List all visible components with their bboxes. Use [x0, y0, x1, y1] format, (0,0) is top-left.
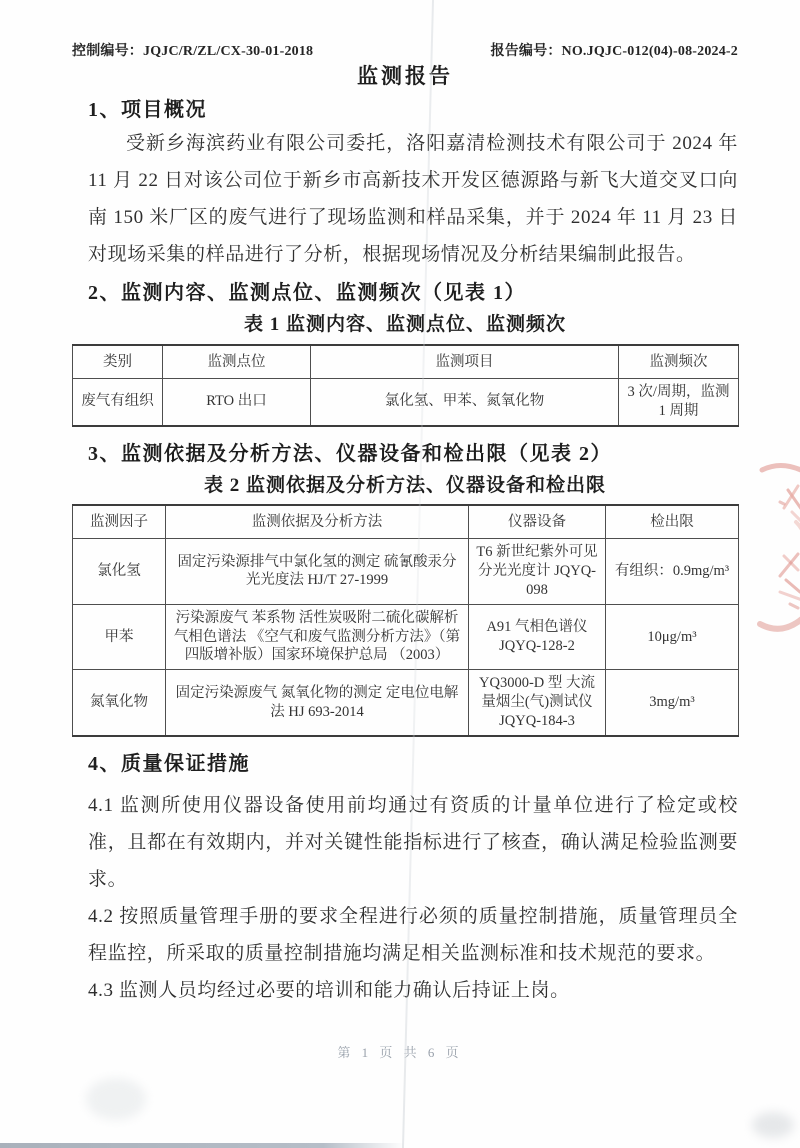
table1: 类别 监测点位 监测项目 监测频次 废气有组织 RTO 出口 氯化氢、甲苯、氮氧… [72, 344, 739, 427]
scan-edge-shadow [0, 1143, 404, 1148]
scan-smudge [752, 1112, 794, 1138]
table1-row: 废气有组织 RTO 出口 氯化氢、甲苯、氮氧化物 3 次/周期，监测 1 周期 [73, 378, 739, 425]
table2-caption: 表 2 监测依据及分析方法、仪器设备和检出限 [72, 473, 738, 500]
document-title: 监测报告 [72, 62, 738, 90]
table1-caption: 表 1 监测内容、监测点位、监测频次 [72, 312, 738, 339]
table2-cell: 固定污染源废气 氮氧化物的测定 定电位电解法 HJ 693-2014 [166, 670, 469, 736]
table1-cell: RTO 出口 [163, 378, 311, 425]
table2-cell: A91 气相色谱仪 JQYQ-128-2 [469, 604, 606, 670]
table2-row: 氮氧化物 固定污染源废气 氮氧化物的测定 定电位电解法 HJ 693-2014 … [73, 670, 739, 736]
qa-measure-item: 4.3 监测人员均经过必要的培训和能力确认后持证上岗。 [88, 972, 738, 1009]
table2-cell: 固定污染源排气中氯化氢的测定 硫氰酸汞分光光度法 HJ/T 27-1999 [166, 539, 469, 605]
red-seal-fragment-icon [756, 458, 800, 540]
table2-cell: 氯化氢 [73, 539, 166, 605]
table1-header: 监测点位 [163, 345, 311, 379]
section3-heading: 3、监测依据及分析方法、仪器设备和检出限（见表 2） [88, 439, 738, 469]
table1-header: 监测频次 [619, 345, 739, 379]
table2-cell: 污染源废气 苯系物 活性炭吸附二硫化碳解析气相色谱法 《空气和废气监测分析方法》… [166, 604, 469, 670]
table2-cell: 甲苯 [73, 604, 166, 670]
table2-header: 仪器设备 [469, 505, 606, 539]
red-seal-fragment-icon [752, 548, 800, 634]
page-content: 控制编号：JQJC/R/ZL/CX-30-01-2018 报告编号：NO.JQJ… [72, 40, 738, 1009]
table2-cell: 10μg/m³ [606, 604, 739, 670]
table2-header: 监测依据及分析方法 [166, 505, 469, 539]
table1-cell: 氯化氢、甲苯、氮氧化物 [311, 378, 619, 425]
table2-cell: 有组织：0.9mg/m³ [606, 539, 739, 605]
table2-header: 监测因子 [73, 505, 166, 539]
table2-header: 检出限 [606, 505, 739, 539]
qa-measure-item: 4.1 监测所使用仪器设备使用前均通过有资质的计量单位进行了检定或校准，且都在有… [88, 787, 738, 898]
table2: 监测因子 监测依据及分析方法 仪器设备 检出限 氯化氢 固定污染源排气中氯化氢的… [72, 504, 739, 737]
control-number: 控制编号：JQJC/R/ZL/CX-30-01-2018 [72, 40, 313, 60]
table1-header: 类别 [73, 345, 163, 379]
page-number: 第 1 页 共 6 页 [0, 1042, 800, 1061]
scan-smudge [86, 1078, 146, 1120]
table1-header-row: 类别 监测点位 监测项目 监测频次 [73, 345, 739, 379]
document-header: 控制编号：JQJC/R/ZL/CX-30-01-2018 报告编号：NO.JQJ… [72, 40, 738, 60]
table2-cell: T6 新世纪紫外可见分光光度计 JQYQ-098 [469, 539, 606, 605]
section1-paragraph: 受新乡海滨药业有限公司委托，洛阳嘉清检测技术有限公司于 2024 年 11 月 … [88, 125, 738, 273]
table1-header: 监测项目 [311, 345, 619, 379]
section2-heading: 2、监测内容、监测点位、监测频次（见表 1） [88, 278, 738, 308]
table2-row: 甲苯 污染源废气 苯系物 活性炭吸附二硫化碳解析气相色谱法 《空气和废气监测分析… [73, 604, 739, 670]
table1-cell: 废气有组织 [73, 378, 163, 425]
table2-row: 氯化氢 固定污染源排气中氯化氢的测定 硫氰酸汞分光光度法 HJ/T 27-199… [73, 539, 739, 605]
qa-measure-item: 4.2 按照质量管理手册的要求全程进行必须的质量控制措施，质量管理员全程监控，所… [88, 898, 738, 972]
section1-heading: 1、项目概况 [88, 95, 738, 125]
report-number: 报告编号：NO.JQJC-012(04)-08-2024-2 [491, 40, 738, 60]
table2-cell: 氮氧化物 [73, 670, 166, 736]
report-page: 控制编号：JQJC/R/ZL/CX-30-01-2018 报告编号：NO.JQJ… [0, 0, 800, 1148]
table2-cell: 3mg/m³ [606, 670, 739, 736]
table2-cell: YQ3000-D 型 大流量烟尘(气)测试仪 JQYQ-184-3 [469, 670, 606, 736]
table2-header-row: 监测因子 监测依据及分析方法 仪器设备 检出限 [73, 505, 739, 539]
table1-cell: 3 次/周期，监测 1 周期 [619, 378, 739, 425]
